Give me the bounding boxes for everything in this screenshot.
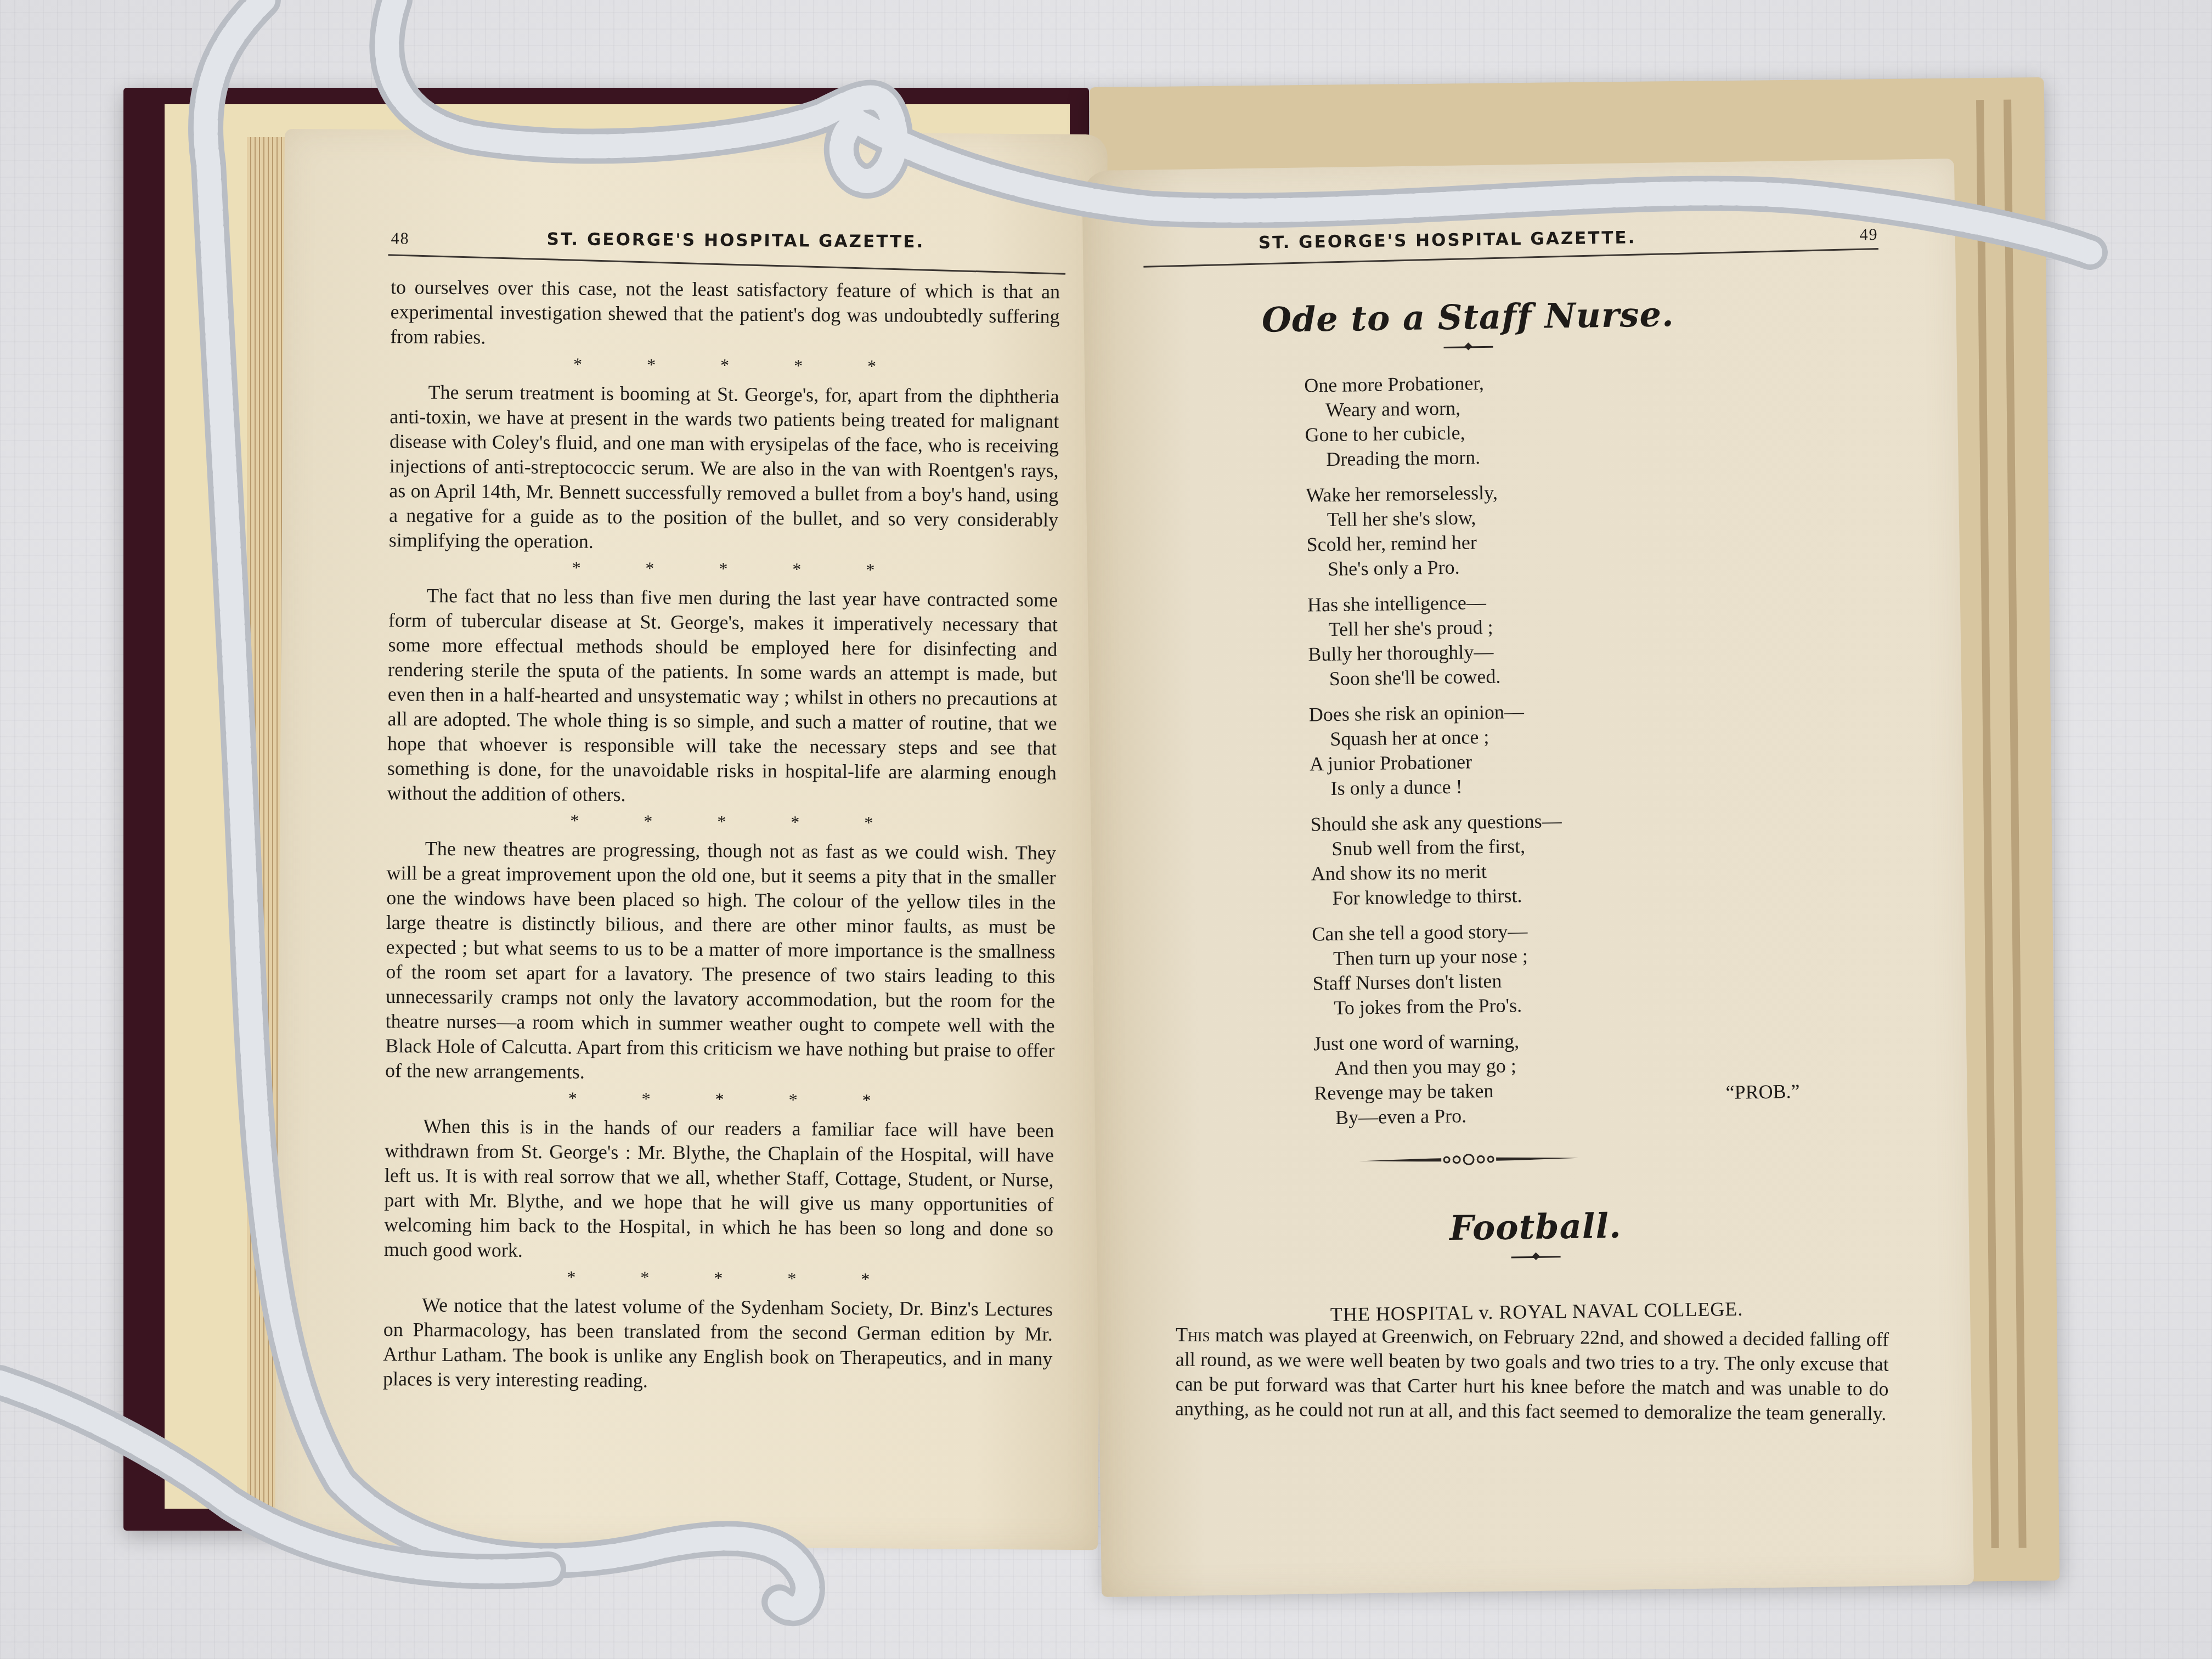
- stanza: Just one word of warning, And then you m…: [1313, 1024, 1863, 1131]
- stanza: Does she risk an opinion— Squash her at …: [1309, 695, 1859, 802]
- section-separator: * * * * *: [415, 1086, 1054, 1111]
- left-page: 48 ST. GEORGE'S HOSPITAL GAZETTE. to our…: [275, 129, 1108, 1550]
- match-report-text: match was played at Greenwich, on Februa…: [1175, 1324, 1889, 1425]
- paragraph: The new theatres are progressing, though…: [385, 836, 1056, 1088]
- section-separator: * * * * *: [417, 809, 1056, 834]
- title-ornament: [1443, 346, 1493, 348]
- stanza: Has she intelligence— Tell her she's pro…: [1307, 585, 1857, 692]
- ornamental-divider-icon: [1359, 1152, 1578, 1168]
- stanza: Can she tell a good story— Then turn up …: [1312, 915, 1861, 1021]
- running-head: ST. GEORGE'S HOSPITAL GAZETTE. 49: [1259, 224, 1878, 253]
- stanza: One more Probationer, Weary and worn, Go…: [1304, 366, 1854, 472]
- match-report: This match was played at Greenwich, on F…: [1175, 1322, 1889, 1426]
- paragraph: We notice that the latest volume of the …: [383, 1293, 1053, 1396]
- lead-word: This: [1176, 1323, 1210, 1345]
- header-rule: [388, 254, 1066, 274]
- right-page: ST. GEORGE'S HOSPITAL GAZETTE. 49 Ode to…: [1082, 159, 1974, 1597]
- stanza: Should she ask any questions— Snub well …: [1310, 805, 1860, 911]
- article-text: to ourselves over this case, not the lea…: [383, 275, 1060, 1396]
- paragraph: The serum treatment is booming at St. Ge…: [389, 380, 1059, 557]
- title-ornament: [1511, 1256, 1561, 1258]
- paragraph: to ourselves over this case, not the lea…: [390, 275, 1060, 354]
- poem-title: Ode to a Staff Nurse.: [1193, 293, 1742, 341]
- header-rule: [1143, 248, 1878, 268]
- football-title: Football.: [1261, 1203, 1810, 1251]
- gazette-title: ST. GEORGE'S HOSPITAL GAZETTE.: [1259, 228, 1637, 253]
- running-head: 48 ST. GEORGE'S HOSPITAL GAZETTE.: [391, 228, 1060, 253]
- section-separator: * * * * *: [414, 1265, 1053, 1290]
- page-number: 49: [1859, 225, 1878, 244]
- gazette-title: ST. GEORGE'S HOSPITAL GAZETTE.: [547, 229, 925, 252]
- paragraph: When this is in the hands of our readers…: [384, 1114, 1054, 1267]
- page-edge: [1976, 100, 1999, 1548]
- poem: One more Probationer, Weary and worn, Go…: [1304, 366, 1863, 1142]
- paragraph: The fact that no less than five men duri…: [387, 583, 1058, 810]
- section-separator: * * * * *: [419, 556, 1058, 582]
- poem-signature: “PROB.”: [1725, 1080, 1800, 1104]
- page-number: 48: [391, 229, 410, 248]
- page-edge: [2004, 100, 2027, 1548]
- section-separator: * * * * *: [420, 353, 1059, 378]
- stanza: Wake her remorselessly, Tell her she's s…: [1306, 476, 1855, 582]
